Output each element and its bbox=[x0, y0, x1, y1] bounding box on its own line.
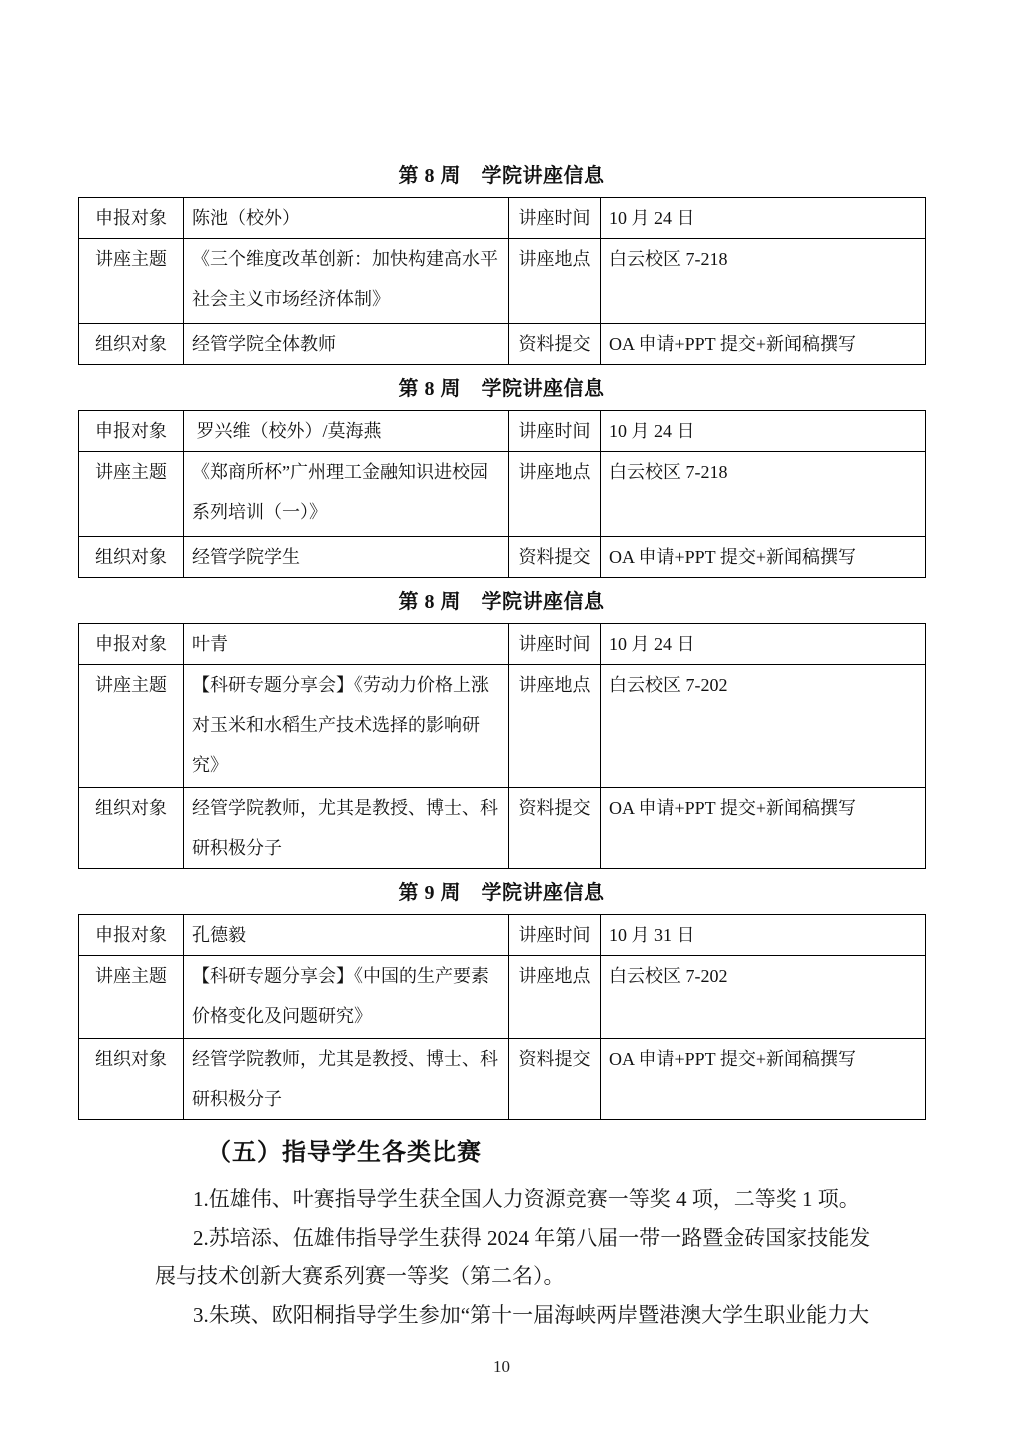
table-title-week8-3: 第 8 周 学院讲座信息 bbox=[78, 590, 925, 614]
label-organizer: 组织对象 bbox=[79, 1039, 184, 1120]
value-lecture-location: 白云校区 7-202 bbox=[601, 665, 926, 788]
value-organizer: 经管学院全体教师 bbox=[184, 324, 509, 365]
paragraph-line: 2.苏培添、伍雄伟指导学生获得 2024 年第八届一带一路暨金砖国家技能发 bbox=[155, 1219, 925, 1258]
table-title-week9: 第 9 周 学院讲座信息 bbox=[78, 881, 925, 905]
value-material-submission: OA 申请+PPT 提交+新闻稿撰写 bbox=[601, 324, 926, 365]
paragraph-line: 展与技术创新大赛系列赛一等奖（第二名）。 bbox=[155, 1257, 925, 1296]
value-lecture-topic: 【科研专题分享会】《中国的生产要素价格变化及问题研究》 bbox=[184, 956, 509, 1039]
label-applicant: 申报对象 bbox=[79, 624, 184, 665]
label-lecture-topic: 讲座主题 bbox=[79, 665, 184, 788]
lecture-info-table-2: 申报对象 罗兴维（校外）/莫海燕 讲座时间 10 月 24 日 讲座主题 《郑商… bbox=[78, 410, 926, 578]
value-material-submission: OA 申请+PPT 提交+新闻稿撰写 bbox=[601, 537, 926, 578]
value-lecture-time: 10 月 24 日 bbox=[601, 411, 926, 452]
label-lecture-topic: 讲座主题 bbox=[79, 239, 184, 324]
value-applicant: 叶青 bbox=[184, 624, 509, 665]
page-number: 10 bbox=[78, 1358, 925, 1376]
label-organizer: 组织对象 bbox=[79, 324, 184, 365]
label-organizer: 组织对象 bbox=[79, 788, 184, 869]
value-lecture-location: 白云校区 7-202 bbox=[601, 956, 926, 1039]
page-content: 第 8 周 学院讲座信息 申报对象 陈池（校外） 讲座时间 10 月 24 日 … bbox=[0, 164, 1024, 1376]
value-lecture-location: 白云校区 7-218 bbox=[601, 239, 926, 324]
section-heading: （五）指导学生各类比赛 bbox=[207, 1140, 925, 1166]
label-applicant: 申报对象 bbox=[79, 411, 184, 452]
value-lecture-location: 白云校区 7-218 bbox=[601, 452, 926, 537]
value-lecture-time: 10 月 31 日 bbox=[601, 915, 926, 956]
value-lecture-topic: 《郑商所杯”广州理工金融知识进校园系列培训（一）》 bbox=[184, 452, 509, 537]
value-material-submission: OA 申请+PPT 提交+新闻稿撰写 bbox=[601, 1039, 926, 1120]
paragraph: 1.伍雄伟、叶赛指导学生获全国人力资源竞赛一等奖 4 项，二等奖 1 项。 bbox=[155, 1180, 925, 1219]
label-lecture-location: 讲座地点 bbox=[509, 452, 601, 537]
value-lecture-topic: 【科研专题分享会】《劳动力价格上涨对玉米和水稻生产技术选择的影响研究》 bbox=[184, 665, 509, 788]
value-lecture-time: 10 月 24 日 bbox=[601, 624, 926, 665]
label-lecture-location: 讲座地点 bbox=[509, 239, 601, 324]
label-material-submission: 资料提交 bbox=[509, 537, 601, 578]
document-page: 第 8 周 学院讲座信息 申报对象 陈池（校外） 讲座时间 10 月 24 日 … bbox=[0, 0, 1024, 1448]
label-lecture-location: 讲座地点 bbox=[509, 665, 601, 788]
body-paragraphs: 1.伍雄伟、叶赛指导学生获全国人力资源竞赛一等奖 4 项，二等奖 1 项。 2.… bbox=[155, 1180, 925, 1334]
lecture-info-table-4: 申报对象 孔德毅 讲座时间 10 月 31 日 讲座主题 【科研专题分享会】《中… bbox=[78, 914, 926, 1120]
label-lecture-time: 讲座时间 bbox=[509, 198, 601, 239]
value-lecture-time: 10 月 24 日 bbox=[601, 198, 926, 239]
label-lecture-topic: 讲座主题 bbox=[79, 956, 184, 1039]
value-applicant: 陈池（校外） bbox=[184, 198, 509, 239]
label-lecture-topic: 讲座主题 bbox=[79, 452, 184, 537]
lecture-info-table-3: 申报对象 叶青 讲座时间 10 月 24 日 讲座主题 【科研专题分享会】《劳动… bbox=[78, 623, 926, 869]
label-lecture-time: 讲座时间 bbox=[509, 624, 601, 665]
lecture-info-table-1: 申报对象 陈池（校外） 讲座时间 10 月 24 日 讲座主题 《三个维度改革创… bbox=[78, 197, 926, 365]
label-organizer: 组织对象 bbox=[79, 537, 184, 578]
label-lecture-location: 讲座地点 bbox=[509, 956, 601, 1039]
label-material-submission: 资料提交 bbox=[509, 324, 601, 365]
table-title-week8-2: 第 8 周 学院讲座信息 bbox=[78, 377, 925, 401]
value-applicant: 罗兴维（校外）/莫海燕 bbox=[184, 411, 509, 452]
value-organizer: 经管学院教师，尤其是教授、博士、科研积极分子 bbox=[184, 1039, 509, 1120]
label-material-submission: 资料提交 bbox=[509, 1039, 601, 1120]
value-lecture-topic: 《三个维度改革创新：加快构建高水平社会主义市场经济体制》 bbox=[184, 239, 509, 324]
label-lecture-time: 讲座时间 bbox=[509, 915, 601, 956]
value-organizer: 经管学院学生 bbox=[184, 537, 509, 578]
label-applicant: 申报对象 bbox=[79, 915, 184, 956]
value-applicant: 孔德毅 bbox=[184, 915, 509, 956]
label-material-submission: 资料提交 bbox=[509, 788, 601, 869]
table-title-week8-1: 第 8 周 学院讲座信息 bbox=[78, 164, 925, 188]
paragraph-line: 3.朱瑛、欧阳桐指导学生参加“第十一届海峡两岸暨港澳大学生职业能力大 bbox=[155, 1296, 925, 1335]
value-material-submission: OA 申请+PPT 提交+新闻稿撰写 bbox=[601, 788, 926, 869]
paragraph: 2.苏培添、伍雄伟指导学生获得 2024 年第八届一带一路暨金砖国家技能发 展与… bbox=[155, 1219, 925, 1296]
value-organizer: 经管学院教师，尤其是教授、博士、科研积极分子 bbox=[184, 788, 509, 869]
paragraph-line: 1.伍雄伟、叶赛指导学生获全国人力资源竞赛一等奖 4 项，二等奖 1 项。 bbox=[155, 1180, 925, 1219]
paragraph: 3.朱瑛、欧阳桐指导学生参加“第十一届海峡两岸暨港澳大学生职业能力大 bbox=[155, 1296, 925, 1335]
label-applicant: 申报对象 bbox=[79, 198, 184, 239]
label-lecture-time: 讲座时间 bbox=[509, 411, 601, 452]
